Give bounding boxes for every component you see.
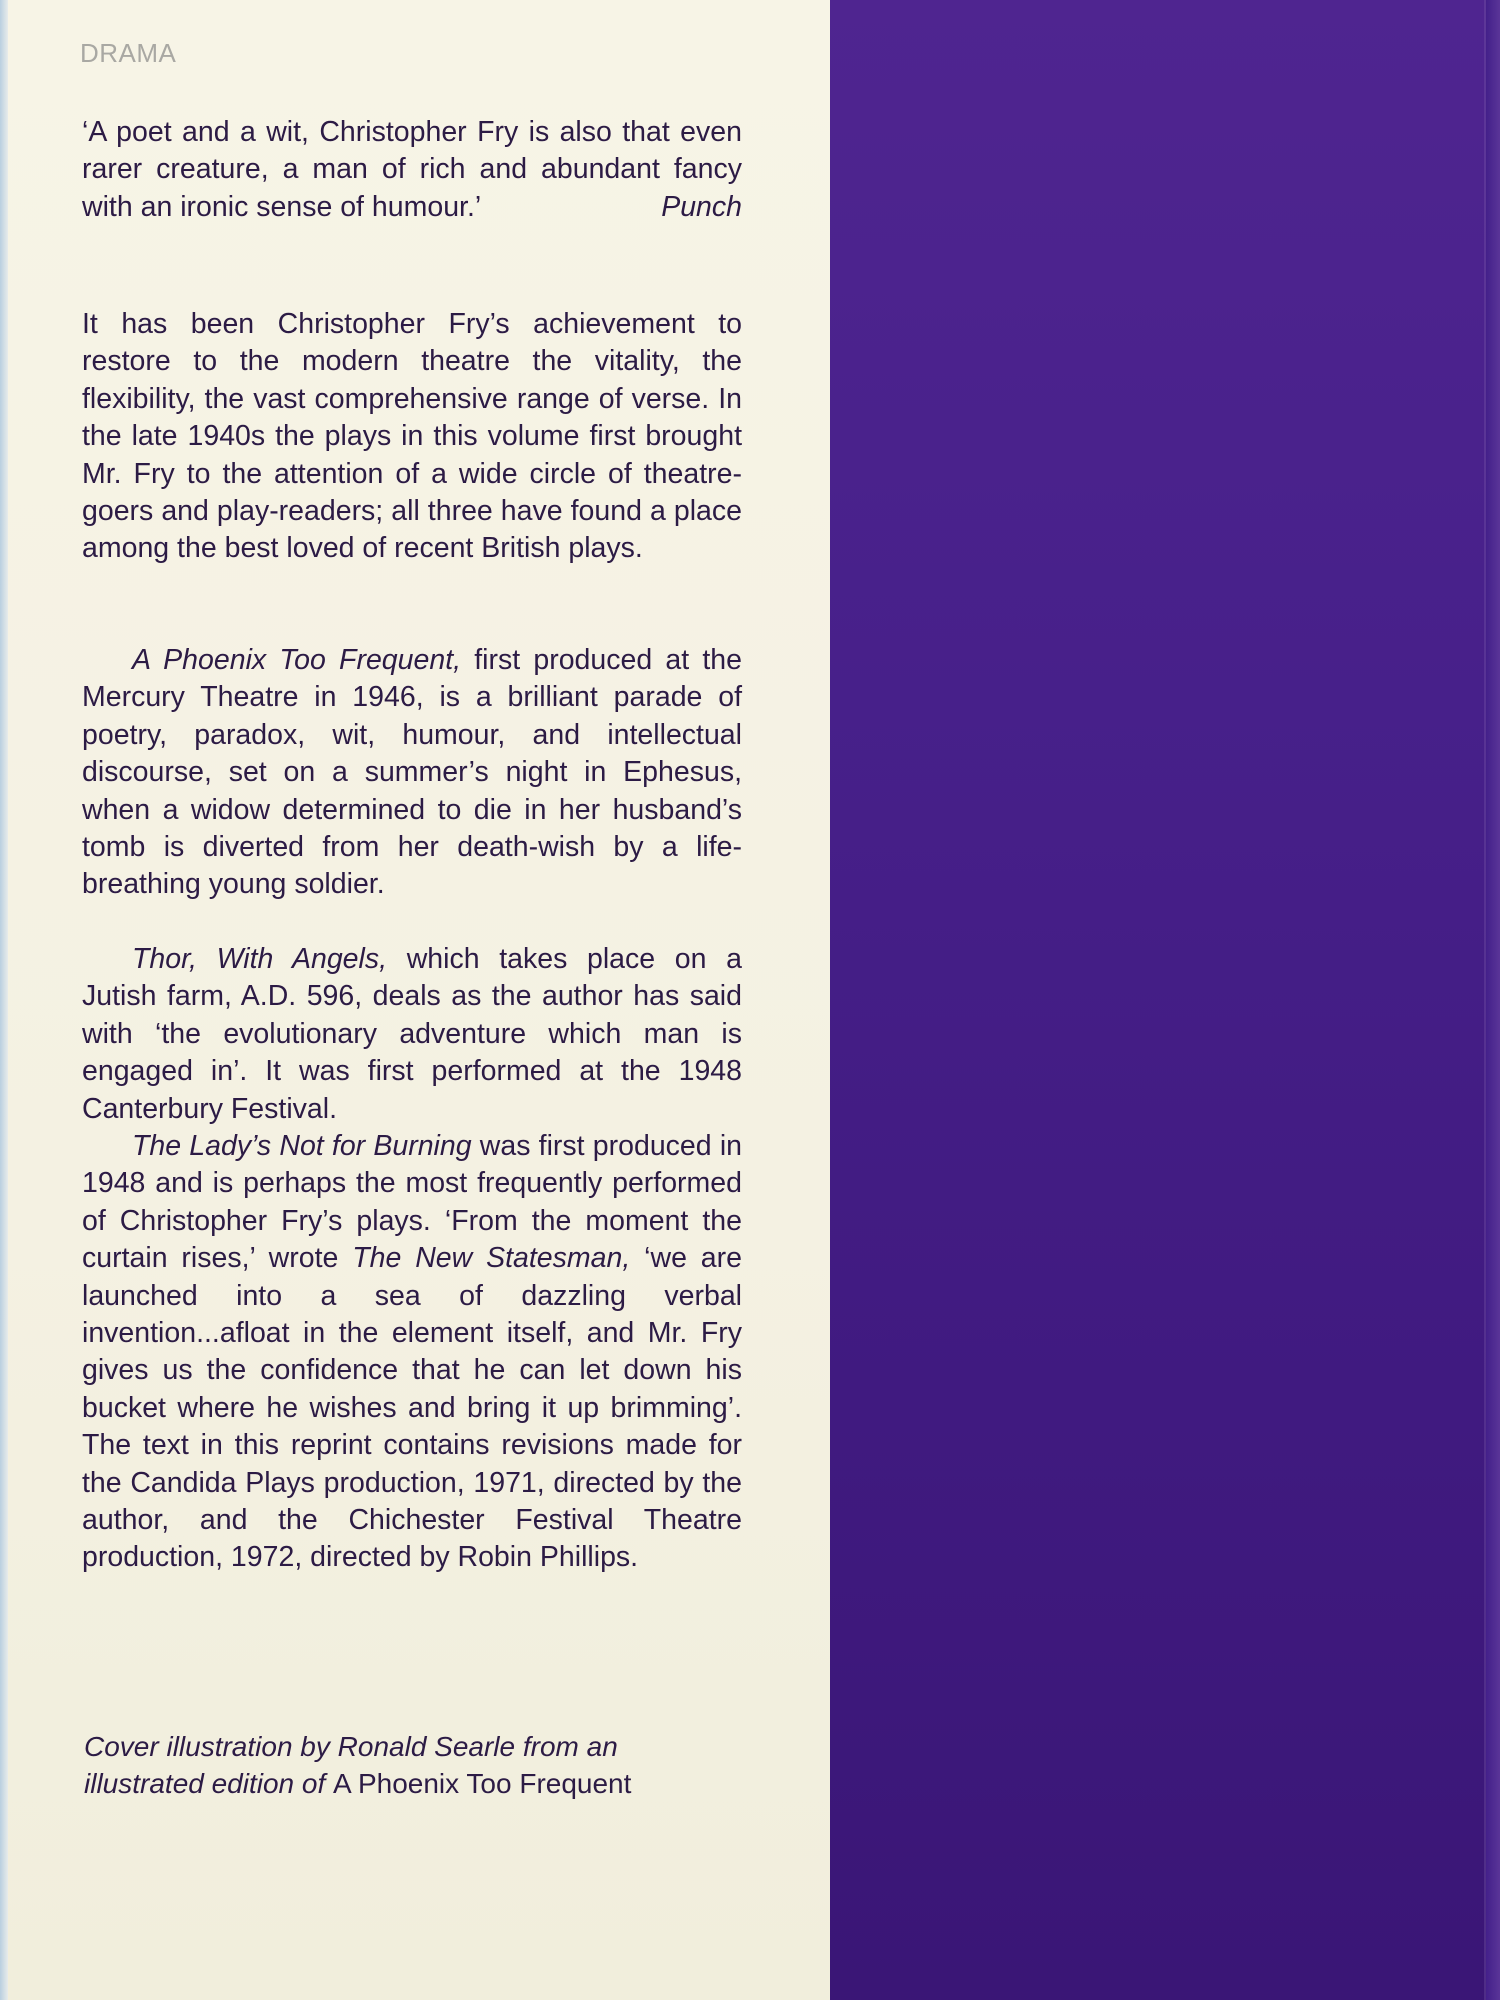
play-title: The Lady’s Not for Burning [132,1130,472,1162]
category-label: DRAMA [80,38,176,69]
cover-edge-strip [1486,0,1500,2000]
publication-name: The New Statesman, [352,1242,630,1274]
play-title: Thor, With Angels, [132,943,387,975]
intro-paragraph: It has been Christopher Fry’s achievemen… [82,306,742,568]
play-paragraph-thor: Thor, With Angels, which takes place on … [82,941,742,1128]
purple-cover-panel [830,0,1500,2000]
quote-text: ‘A poet and a wit, Christopher Fry is al… [82,116,742,223]
credit-work: A Phoenix Too Frequent [333,1768,631,1799]
review-quote: ‘A poet and a wit, Christopher Fry is al… [82,114,742,226]
play-description-cont: ‘we are launched into a sea of dazzling … [82,1242,742,1573]
cover-credit: Cover illustration by Ronald Searle from… [84,1728,744,1802]
play-paragraph-phoenix: A Phoenix Too Frequent, first produced a… [82,642,742,904]
play-title: A Phoenix Too Frequent, [132,644,461,676]
book-left-edge [0,0,8,2000]
intro-text: It has been Christopher Fry’s achievemen… [82,308,742,564]
play-description: first produced at the Mercury Theatre in… [82,644,742,900]
play-paragraph-lady: The Lady’s Not for Burning was first pro… [82,1128,742,1577]
quote-source: Punch [661,189,742,226]
